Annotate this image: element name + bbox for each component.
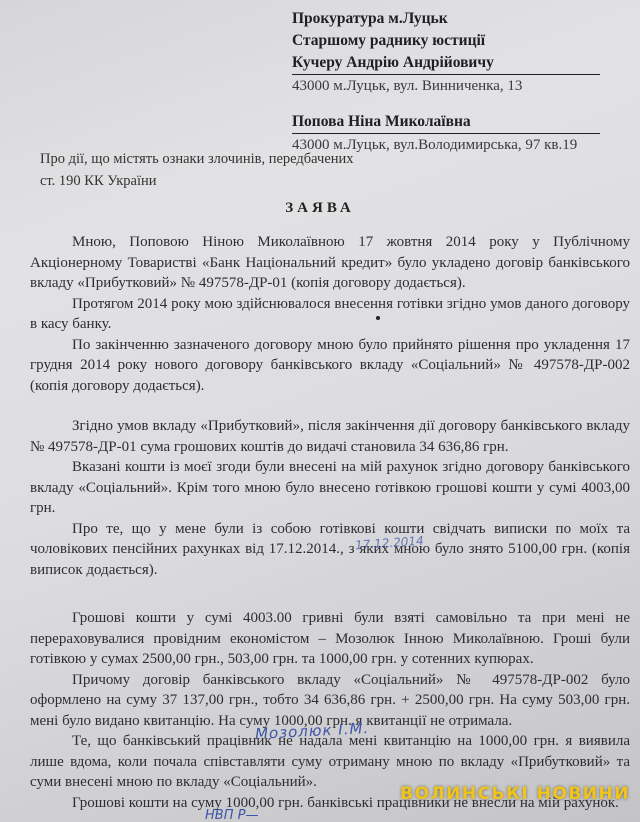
paragraph: Про те, що у мене були із собою готівков… <box>30 519 630 581</box>
document-page: Прокуратура м.Луцьк Старшому раднику юст… <box>0 0 640 822</box>
subject: Про дії, що містять ознаки злочинів, пер… <box>40 148 354 192</box>
paragraph: Мною, Поповою Ніною Миколаївною 17 жовтн… <box>30 232 630 294</box>
paragraph: Згідно умов вкладу «Прибутковий», після … <box>30 416 630 457</box>
news-watermark: ВОЛИНСЬКІ НОВИНИ <box>400 784 630 804</box>
paragraph: Протягом 2014 року мою здійснювалося вне… <box>30 294 630 335</box>
recipient-title: Старшому раднику юстиції <box>292 30 632 52</box>
document-title: ЗАЯВА <box>0 200 640 217</box>
address-block: Прокуратура м.Луцьк Старшому раднику юст… <box>292 8 632 156</box>
subject-line-1: Про дії, що містять ознаки злочинів, пер… <box>40 148 354 170</box>
paragraph: По закінченню зазначеного договору мною … <box>30 335 630 397</box>
paragraph: Вказані кошти із моєї згоди були внесені… <box>30 457 630 519</box>
paragraph: Грошові кошти у сумі 4003.00 гривні були… <box>30 608 630 670</box>
recipient-org: Прокуратура м.Луцьк <box>292 8 632 30</box>
sender-name: Попова Ніна Миколаївна <box>292 111 600 134</box>
subject-line-2: ст. 190 КК України <box>40 170 354 192</box>
recipient-address: 43000 м.Луцьк, вул. Винниченка, 13 <box>292 75 632 97</box>
recipient-name: Кучеру Андрію Андрійовичу <box>292 52 600 75</box>
handwritten-bottom-note: НВП Р— <box>205 808 258 822</box>
